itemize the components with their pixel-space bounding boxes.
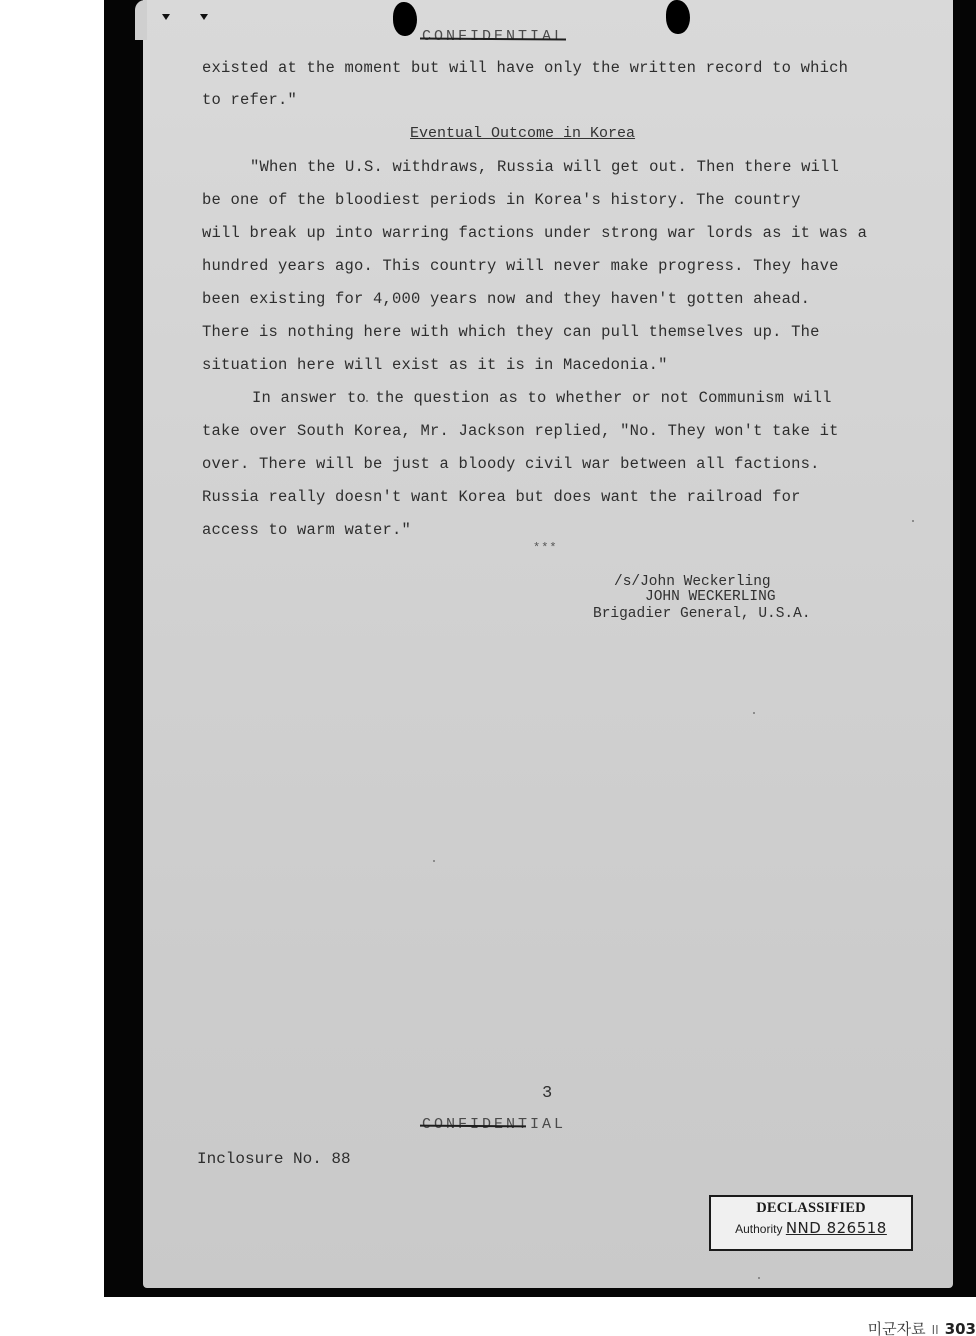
page-number: 3 xyxy=(542,1084,552,1103)
corner-mark xyxy=(162,14,170,20)
signature-signed: /s/John Weckerling xyxy=(614,575,771,589)
header-confidential-text: CONFIDENTIAL xyxy=(422,28,566,45)
paper-speck xyxy=(758,1277,760,1279)
book-footer-separator: II xyxy=(932,1323,939,1336)
declassified-title: DECLASSIFIED xyxy=(711,1200,911,1217)
punch-hole-right xyxy=(666,0,690,34)
book-footer-label: 미군자료 xyxy=(868,1320,926,1336)
text-line: be one of the bloodiest periods in Korea… xyxy=(202,191,801,209)
text-line: access to warm water." xyxy=(202,521,411,539)
text-line: will break up into warring factions unde… xyxy=(202,224,867,242)
paper-speck xyxy=(366,400,368,402)
text-line: to refer." xyxy=(202,91,297,109)
text-line: hundred years ago. This country will nev… xyxy=(202,257,839,275)
declassified-authority: Authority NND 826518 xyxy=(711,1219,911,1237)
signature-name: JOHN WECKERLING xyxy=(645,590,776,604)
section-separator: *** xyxy=(533,541,558,555)
text-line: In answer to the question as to whether … xyxy=(252,389,832,407)
header-confidential-stamp: CONFIDENTIAL xyxy=(422,28,566,45)
text-line: take over South Korea, Mr. Jackson repli… xyxy=(202,422,839,440)
inclosure-number: Inclosure No. 88 xyxy=(197,1150,351,1168)
paper-speck xyxy=(912,520,914,522)
section-heading: Eventual Outcome in Korea xyxy=(410,125,635,142)
text-line: Russia really doesn't want Korea but doe… xyxy=(202,488,801,506)
paper-speck xyxy=(753,712,755,714)
authority-label: Authority xyxy=(735,1222,782,1236)
text-line: over. There will be just a bloody civil … xyxy=(202,455,820,473)
text-line: situation here will exist as it is in Ma… xyxy=(202,356,668,374)
signature-title: Brigadier General, U.S.A. xyxy=(593,607,811,621)
text-line: "When the U.S. withdraws, Russia will ge… xyxy=(250,158,839,176)
text-line: There is nothing here with which they ca… xyxy=(202,323,820,341)
punch-hole-left xyxy=(393,2,417,36)
book-footer: 미군자료II303 xyxy=(868,1318,976,1336)
text-line: existed at the moment but will have only… xyxy=(202,59,848,77)
declassified-stamp: DECLASSIFIED Authority NND 826518 xyxy=(709,1195,913,1251)
corner-mark xyxy=(200,14,208,20)
book-page-number: 303 xyxy=(945,1320,976,1336)
text-line: been existing for 4,000 years now and th… xyxy=(202,290,810,308)
footer-confidential-stamp: CONFIDENTIAL xyxy=(422,1116,566,1133)
authority-code: NND 826518 xyxy=(786,1219,887,1237)
paper-speck xyxy=(433,860,435,862)
